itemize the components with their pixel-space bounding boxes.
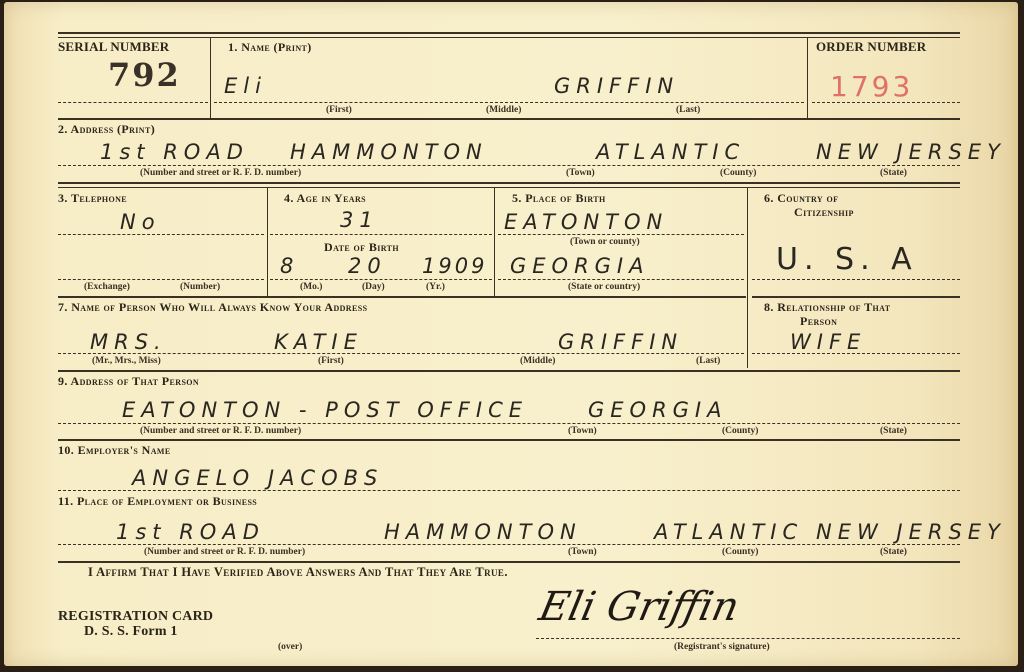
row-rule: [58, 118, 960, 120]
contact-address-street-sublabel: (Number and street or R. F. D. number): [140, 426, 301, 436]
contact-underline: [58, 353, 744, 354]
relationship-value: WIFE: [790, 330, 866, 354]
address-street-value: 1st ROAD: [100, 140, 249, 164]
dob-month-sublabel: (Mo.): [300, 282, 322, 292]
contact-title-value: MRS.: [90, 330, 167, 354]
dob-day-value: 20: [348, 254, 387, 278]
age-label: 4. Age in Years: [284, 191, 366, 206]
dob-underline: [270, 279, 492, 280]
registration-card: SERIAL NUMBER 792 1. Name (Print) Eli GR…: [4, 2, 1018, 666]
address-street-sublabel: (Number and street or R. F. D. number): [140, 168, 301, 178]
contact-person-label: 7. Name of Person Who Will Always Know Y…: [58, 300, 367, 315]
employment-street-sublabel: (Number and street or R. F. D. number): [144, 547, 305, 557]
divider: [747, 188, 748, 368]
telephone-label: 3. Telephone: [58, 191, 127, 206]
employment-state-value: NEW JERSEY: [816, 520, 1006, 544]
contact-first-value: KATIE: [274, 330, 363, 354]
employer-underline: [58, 490, 960, 491]
name-last-value: GRIFFIN: [554, 74, 679, 98]
dob-year-sublabel: (Yr.): [426, 282, 445, 292]
address-town-sublabel: (Town): [566, 168, 595, 178]
name-label: 1. Name (Print): [228, 40, 312, 55]
employment-underline: [58, 544, 960, 545]
divider: [807, 38, 808, 118]
contact-address-street-value: EATONTON - POST OFFICE: [122, 398, 528, 422]
employer-value: ANGELO JACOBS: [132, 466, 383, 490]
name-first-value: Eli: [224, 74, 267, 98]
birthplace-state-value: GEORGIA: [510, 254, 650, 278]
address-county-sublabel: (County): [720, 168, 756, 178]
contact-address-state-sublabel: (State): [880, 426, 907, 436]
relationship-underline: [752, 353, 960, 354]
employment-county-sublabel: (County): [722, 547, 758, 557]
telephone-underline: [58, 234, 264, 235]
row-rule-inner: [58, 187, 960, 188]
card-title: REGISTRATION CARD: [58, 609, 213, 625]
name-middle-sublabel: (Middle): [486, 105, 521, 115]
employment-town-sublabel: (Town): [568, 547, 597, 557]
birthplace-state-underline: [498, 279, 744, 280]
contact-title-sublabel: (Mr., Mrs., Miss): [92, 356, 161, 366]
order-number-value: 1793: [830, 70, 913, 103]
name-underline: [214, 102, 804, 103]
form-id: D. S. S. Form 1: [84, 624, 178, 640]
citizenship-label-line1: 6. Country of: [764, 191, 838, 206]
address-label: 2. Address (Print): [58, 122, 155, 137]
birthplace-state-sublabel: (State or country): [568, 282, 640, 292]
contact-last-value: GRIFFIN: [558, 330, 683, 354]
row-rule: [58, 182, 960, 184]
affirmation-text: I Affirm That I Have Verified Above Answ…: [88, 565, 508, 580]
dob-day-sublabel: (Day): [362, 282, 385, 292]
contact-address-town-sublabel: (Town): [568, 426, 597, 436]
top-rule-inner: [58, 37, 960, 38]
name-last-sublabel: (Last): [676, 105, 700, 115]
birthplace-town-sublabel: (Town or county): [570, 237, 640, 247]
employment-town-value: HAMMONTON: [384, 520, 582, 544]
dob-label: Date of Birth: [324, 240, 399, 255]
address-county-value: ATLANTIC: [596, 140, 745, 164]
relationship-label-line1: 8. Relationship of That: [764, 300, 890, 315]
contact-address-label: 9. Address of That Person: [58, 374, 199, 389]
serial-number-value: 792: [108, 56, 181, 94]
serial-number-label: SERIAL NUMBER: [58, 39, 169, 55]
registrant-signature: Eli Griffin: [535, 584, 743, 630]
employment-county-value: ATLANTIC: [654, 520, 803, 544]
employment-street-value: 1st ROAD: [116, 520, 265, 544]
employer-label: 10. Employer's Name: [58, 443, 171, 458]
citizenship-label-line2: Citizenship: [794, 205, 854, 220]
contact-last-sublabel: (Last): [696, 356, 720, 366]
divider: [267, 188, 268, 296]
contact-address-county-sublabel: (County): [722, 426, 758, 436]
divider: [494, 188, 495, 296]
dob-year-value: 1909: [422, 254, 487, 278]
employment-place-label: 11. Place of Employment or Business: [58, 494, 257, 509]
telephone-number-sublabel: (Number): [180, 282, 220, 292]
row-rule: [752, 296, 960, 298]
address-state-sublabel: (State): [880, 168, 907, 178]
age-underline: [270, 234, 492, 235]
contact-first-sublabel: (First): [318, 356, 344, 366]
order-underline: [812, 102, 960, 103]
signature-sublabel: (Registrant's signature): [674, 642, 770, 652]
address-underline: [58, 165, 960, 166]
contact-address-county-value: GEORGIA: [588, 398, 728, 422]
relationship-label-line2: Person: [800, 314, 837, 329]
order-number-label: ORDER NUMBER: [816, 39, 926, 55]
row-rule: [58, 370, 960, 372]
birthplace-town-value: EATONTON: [504, 210, 668, 234]
employment-state-sublabel: (State): [880, 547, 907, 557]
address-state-value: NEW JERSEY: [816, 140, 1006, 164]
divider: [210, 38, 211, 118]
citizenship-underline: [752, 279, 960, 280]
age-value: 31: [340, 208, 379, 232]
birthplace-town-underline: [498, 234, 744, 235]
signature-underline: [536, 638, 960, 639]
name-first-sublabel: (First): [326, 105, 352, 115]
telephone-value: No: [120, 210, 161, 234]
top-rule: [58, 32, 960, 34]
serial-underline: [58, 102, 208, 103]
dob-month-value: 8: [280, 254, 299, 278]
row-rule: [58, 296, 746, 298]
over-note: (over): [278, 642, 302, 652]
row-rule: [58, 561, 960, 563]
contact-middle-sublabel: (Middle): [520, 356, 555, 366]
telephone-exchange-sublabel: (Exchange): [84, 282, 130, 292]
contact-address-underline: [58, 423, 960, 424]
telephone-underline-2: [58, 279, 264, 280]
row-rule: [58, 439, 960, 441]
citizenship-value: U. S. A: [776, 242, 918, 277]
address-town-value: HAMMONTON: [290, 140, 488, 164]
birthplace-label: 5. Place of Birth: [512, 191, 606, 206]
